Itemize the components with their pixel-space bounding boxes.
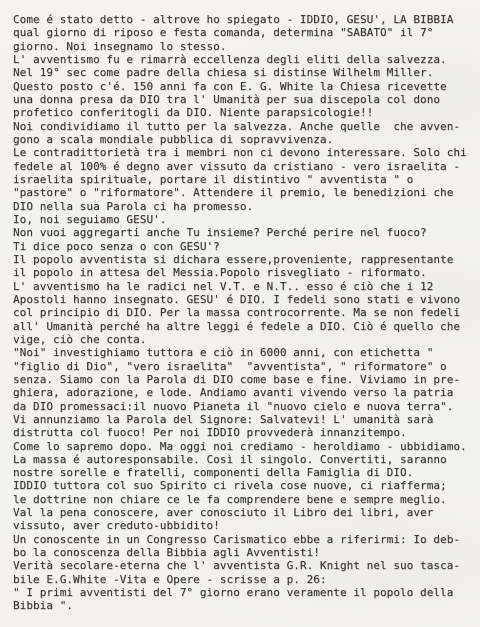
text-line: Come lo sapremo dopo. Ma oggi noi credia… bbox=[13, 440, 478, 453]
text-line: Il popolo avventista si dichara essere,p… bbox=[13, 253, 478, 266]
text-line: L' avventismo ha le radici nel V.T. e N.… bbox=[13, 280, 478, 293]
text-line: senza. Siamo con la Parola di DIO come b… bbox=[13, 373, 478, 386]
text-line: bo la conoscenza della Bibbia agli Avven… bbox=[13, 546, 478, 559]
text-line: Val la pena conoscere, aver conosciuto i… bbox=[13, 506, 478, 519]
text-line: distrutta col fuoco! Per noi IDDIO provv… bbox=[13, 426, 478, 439]
text-line: vissuto, aver creduto-ubbidito! bbox=[13, 519, 478, 532]
text-line: gono a scala mondiale pubblica di soprav… bbox=[13, 133, 478, 146]
text-line: fedele al 100% é degno aver vissuto da c… bbox=[13, 160, 478, 173]
text-line: israelita spirituale, portare il distint… bbox=[13, 173, 478, 186]
text-line: il popolo in attesa del Messia.Popolo ri… bbox=[13, 266, 478, 279]
text-line: "Noi" investighiamo tuttora e ciò in 600… bbox=[13, 346, 478, 359]
text-line: " I primi avventisti del 7° giorno erano… bbox=[13, 586, 478, 599]
text-line: Nel 19° sec come padre della chiesa si d… bbox=[13, 66, 478, 79]
text-line: Questo posto c'é. 150 anni fa con E. G. … bbox=[13, 80, 478, 93]
text-line: qual giorno di riposo e festa comanda, d… bbox=[13, 26, 478, 39]
text-line: "figlio di Dio", "vero israelita" "avven… bbox=[13, 360, 478, 373]
text-line: profetico conferitogli da DIO. Niente pa… bbox=[13, 106, 478, 119]
text-line: giorno. Noi insegnamo lo stesso. bbox=[13, 40, 478, 53]
text-line: La massa é autoresponsabile. Così il sin… bbox=[13, 453, 478, 466]
text-line: Un conoscente in un Congresso Carismatic… bbox=[13, 533, 478, 546]
text-line: le dottrine non chiare ce le fa comprend… bbox=[13, 493, 478, 506]
text-line: col principio di DIO. Per la massa contr… bbox=[13, 306, 478, 319]
text-line: Apostoli hanno insegnato. GESU' é DIO. I… bbox=[13, 293, 478, 306]
text-line: Le contradittorietà tra i membri non ci … bbox=[13, 146, 478, 159]
text-line: Io, noi seguiamo GESU'. bbox=[13, 213, 478, 226]
text-line: Bibbia ". bbox=[13, 599, 478, 612]
text-line: "pastore" o "riformatore". Attendere il … bbox=[13, 186, 478, 199]
text-line: ghiera, adorazione, e lode. Andiamo avan… bbox=[13, 386, 478, 399]
text-line: da DIO promessaci:il nuovo Pianeta il "n… bbox=[13, 400, 478, 413]
text-line: Non vuoi aggregarti anche Tu insieme? Pe… bbox=[13, 226, 478, 239]
typewritten-text: Come é stato detto - altrove ho spiegato… bbox=[13, 13, 478, 613]
text-line: vige, ciò che conta. bbox=[13, 333, 478, 346]
text-line: Noi condividiamo il tutto per la salvezz… bbox=[13, 120, 478, 133]
text-line: Come é stato detto - altrove ho spiegato… bbox=[13, 13, 478, 26]
text-line: Vi annunziamo la Parola del Signore: Sal… bbox=[13, 413, 478, 426]
text-line: DIO nella sua Parola ci ha promesso. bbox=[13, 200, 478, 213]
text-line: bile E.G.White -Vita e Opere - scrisse a… bbox=[13, 573, 478, 586]
text-line: una donna presa da DIO tra l' Umanità pe… bbox=[13, 93, 478, 106]
text-line: Verità secolare-eterna che l' avventista… bbox=[13, 559, 478, 572]
text-line: IDDIO tuttora col suo Spirito ci rivela … bbox=[13, 479, 478, 492]
text-line: Ti dice poco senza o con GESU'? bbox=[13, 240, 478, 253]
document-page: Come é stato detto - altrove ho spiegato… bbox=[0, 0, 480, 627]
text-line: nostre sorelle e fratelli, componenti de… bbox=[13, 466, 478, 479]
text-line: L' avventismo fu e rimarrà eccellenza de… bbox=[13, 53, 478, 66]
text-line: all' Umanità perché ha altre leggi é fed… bbox=[13, 320, 478, 333]
